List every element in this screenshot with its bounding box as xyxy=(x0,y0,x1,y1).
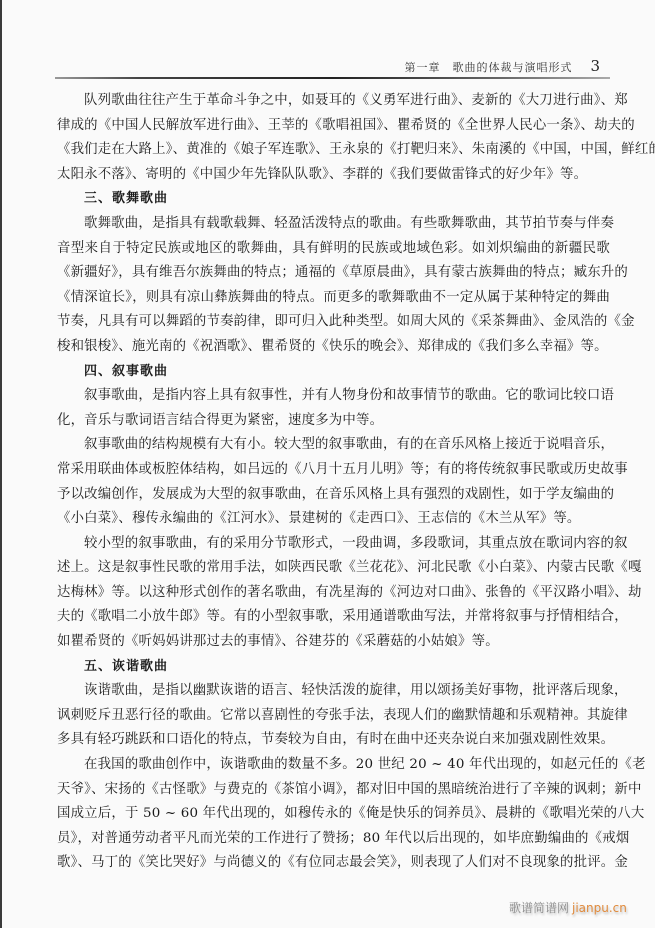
text-line: 音型来自于特定民族或地区的歌舞曲，具有鲜明的民族或地域色彩。如刘炽编曲的新疆民歌 xyxy=(57,237,610,262)
text-line: 《我们走在大路上》、黄准的《娘子军连歌》、王永泉的《打靶归来》、朱南溪的《中国，… xyxy=(57,138,610,163)
text-line: 讽刺贬斥丑恶行径的歌曲。它常以喜剧性的夸张手法，表现人们的幽默情趣和乐观精神。其… xyxy=(57,704,610,729)
text-line: 常采用联曲体或板腔体结构，如吕远的《八月十五月儿明》等；有的将传统叙事民歌或历史… xyxy=(57,458,610,483)
section-heading-narrative-songs: 四、叙事歌曲 xyxy=(57,360,610,385)
text-line: 队列歌曲往往产生于革命斗争之中，如聂耳的《义勇军进行曲》、麦新的《大刀进行曲》、… xyxy=(57,89,610,114)
section-heading-dance-songs: 三、歌舞歌曲 xyxy=(57,187,610,212)
text-line: 如瞿希贤的《听妈妈讲那过去的事情》、谷建芬的《采蘑菇的小姑娘》等。 xyxy=(57,630,610,655)
text-line: 律成的《中国人民解放军进行曲》、王莘的《歌唱祖国》、瞿希贤的《全世界人民心一条》… xyxy=(57,114,610,139)
text-line: 夫的《歌唱二小放牛郎》等。有的小型叙事歌，采用通谱歌曲写法，并常将叙事与抒情相结… xyxy=(57,605,610,630)
chapter-label: 第一章 xyxy=(404,59,440,75)
text-line: 歌》、马丁的《笑比哭好》与尚德义的《有位同志最会笑》，则表现了人们对不良现象的批… xyxy=(57,851,610,876)
text-line: 达梅林》等。以这种形式创作的著名歌曲，有冼星海的《河边对口曲》、张鲁的《平汉路小… xyxy=(57,581,610,606)
chapter-title: 歌曲的体裁与演唱形式 xyxy=(452,59,572,75)
text-line: 诙谐歌曲，是指以幽默诙谐的语言、轻快活泼的旋律，用以颂扬美好事物，批评落后现象， xyxy=(57,679,610,704)
text-line: 《新疆好》，具有维吾尔族舞曲的特点；通福的《草原晨曲》，具有蒙古族舞曲的特点；臧… xyxy=(57,261,610,286)
paragraph-humorous-history: 在我国的歌曲创作中，诙谐歌曲的数量不多。20 世纪 20 ~ 40 年代出现的，… xyxy=(57,753,610,876)
text-line: 多具有轻巧跳跃和口语化的特点，节奏较为自由，有时在曲中还夹杂说白来加强戏剧性效果… xyxy=(57,728,610,753)
paragraph-narrative-large: 叙事歌曲的结构规模有大有小。较大型的叙事歌曲，有的在音乐风格上接近于说唱音乐， … xyxy=(57,433,610,531)
text-line: 歌舞歌曲，是指具有载歌载舞、轻盈活泼特点的歌曲。有些歌舞歌曲，其节拍节奏与伴奏 xyxy=(57,212,610,237)
watermark-domain: jianpu.cn xyxy=(572,901,627,915)
text-line: 叙事歌曲的结构规模有大有小。较大型的叙事歌曲，有的在音乐风格上接近于说唱音乐， xyxy=(57,433,610,458)
text-line: 节奏，凡具有可以舞蹈的节奏韵律，即可归入此种类型。如周大风的《采茶舞曲》、金凤浩… xyxy=(57,310,610,335)
page-number: 3 xyxy=(590,57,600,75)
paragraph-dance-songs: 歌舞歌曲，是指具有载歌载舞、轻盈活泼特点的歌曲。有些歌舞歌曲，其节拍节奏与伴奏 … xyxy=(57,212,610,360)
text-line: 员》，对普通劳动者平凡而光荣的工作进行了赞扬；80 年代以后出现的，如毕庶勤编曲… xyxy=(57,827,610,852)
watermark-site-name: 歌谱简谱网 xyxy=(509,901,569,915)
text-line: 予以改编创作，发展成为大型的叙事歌曲，在音乐风格上具有强烈的戏剧性，如于学友编曲… xyxy=(57,483,610,508)
text-line: 《小白菜》、穆传永编曲的《江河水》、景建树的《走西口》、王志信的《木兰从军》等。 xyxy=(57,507,610,532)
running-header: 第一章 歌曲的体裁与演唱形式 3 xyxy=(404,57,600,75)
site-watermark: 歌谱简谱网jianpu.cn xyxy=(509,899,627,916)
paragraph-humorous-definition: 诙谐歌曲，是指以幽默诙谐的语言、轻快活泼的旋律，用以颂扬美好事物，批评落后现象，… xyxy=(57,679,610,753)
text-line: 《情深谊长》，则具有凉山彝族舞曲的特点。而更多的歌舞歌曲不一定从属于某种特定的舞… xyxy=(57,286,610,311)
paragraph-narrative-definition: 叙事歌曲，是指内容上具有叙事性，并有人物身份和故事情节的歌曲。它的歌词比较口语 … xyxy=(57,384,610,433)
text-line: 梭和银梭》、施光南的《祝酒歌》、瞿希贤的《快乐的晚会》、郑律成的《我们多么幸福》… xyxy=(57,335,610,360)
text-line: 在我国的歌曲创作中，诙谐歌曲的数量不多。20 世纪 20 ~ 40 年代出现的，… xyxy=(57,753,610,778)
text-line: 化，音乐与歌词语言结合得更为紧密，速度多为中等。 xyxy=(57,409,610,434)
text-line: 国成立后，于 50 ~ 60 年代出现的，如穆传永的《俺是快乐的饲养员》、晨耕的… xyxy=(57,802,610,827)
paragraph-march-songs: 队列歌曲往往产生于革命斗争之中，如聂耳的《义勇军进行曲》、麦新的《大刀进行曲》、… xyxy=(57,89,610,187)
header-rule xyxy=(55,77,610,79)
page-body: 队列歌曲往往产生于革命斗争之中，如聂耳的《义勇军进行曲》、麦新的《大刀进行曲》、… xyxy=(57,89,610,876)
text-line: 太阳永不落》、寄明的《中国少年先锋队队歌》、李群的《我们要做雷锋式的好少年》等。 xyxy=(57,163,610,188)
text-line: 较小型的叙事歌曲，有的采用分节歌形式，一段曲调，多段歌词，其重点放在歌词内容的叙 xyxy=(57,532,610,557)
section-heading-humorous-songs: 五、诙谐歌曲 xyxy=(57,655,610,680)
paragraph-narrative-small: 较小型的叙事歌曲，有的采用分节歌形式，一段曲调，多段歌词，其重点放在歌词内容的叙… xyxy=(57,532,610,655)
text-line: 叙事歌曲，是指内容上具有叙事性，并有人物身份和故事情节的歌曲。它的歌词比较口语 xyxy=(57,384,610,409)
text-line: 天爷》、宋扬的《古怪歌》与费克的《茶馆小调》，都对旧中国的黑暗统治进行了辛辣的讽… xyxy=(57,778,610,803)
text-line: 述上。这是叙事性民歌的常用手法，如陕西民歌《兰花花》、河北民歌《小白菜》、内蒙古… xyxy=(57,556,610,581)
page-left-edge xyxy=(0,0,2,928)
